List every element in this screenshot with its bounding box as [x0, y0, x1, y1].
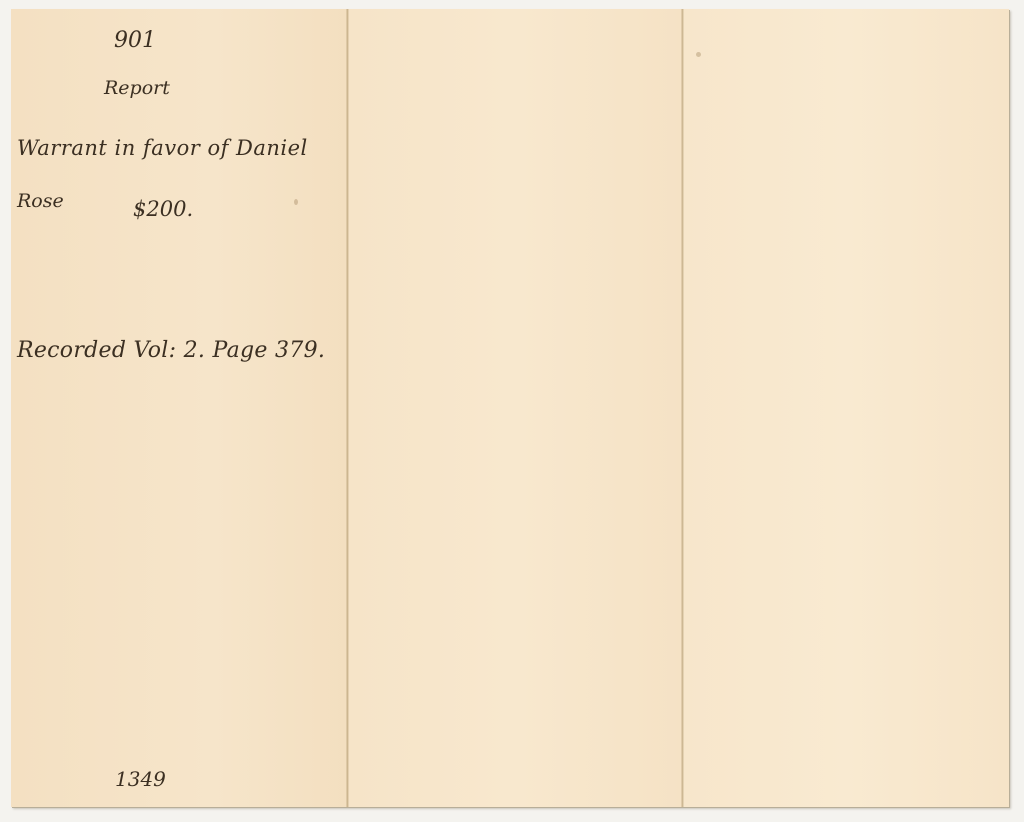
- fold-line-right: [681, 9, 684, 807]
- recorded-note: Recorded Vol: 2. Page 379.: [17, 338, 325, 363]
- warrant-amount: $200.: [133, 197, 193, 221]
- footer-number: 1349: [115, 767, 166, 791]
- document-sheet: 901 Report Warrant in favor of Daniel Ro…: [11, 9, 1009, 807]
- docket-heading: Report: [104, 77, 170, 99]
- ink-spot: [696, 52, 701, 57]
- payee-surname: Rose: [17, 190, 64, 212]
- ink-spot: [294, 199, 298, 205]
- warrant-line: Warrant in favor of Daniel: [17, 136, 308, 160]
- fold-line-left: [346, 9, 349, 807]
- right-panel: [683, 9, 1009, 807]
- middle-panel: [348, 9, 683, 807]
- left-panel: [11, 9, 348, 807]
- docket-number: 901: [114, 28, 156, 53]
